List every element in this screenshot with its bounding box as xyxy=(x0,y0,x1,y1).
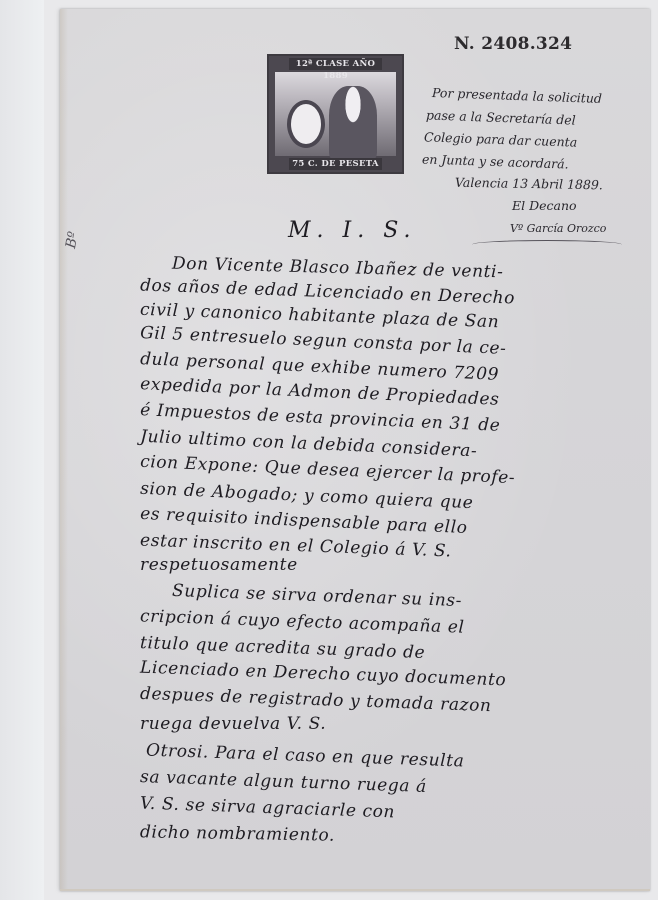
side-note-signature: Vº García Orozco xyxy=(510,222,606,235)
stamp-bottom-text: 75 C. DE PESETA xyxy=(289,158,382,170)
margin-mark: Bº xyxy=(63,230,82,249)
serial-number: N. 2408.324 xyxy=(454,34,572,54)
salutation: M. I. S. xyxy=(288,218,416,243)
stamp-oval-cartouche xyxy=(287,100,325,148)
body-line: dicho nombramiento. xyxy=(140,822,335,845)
body-line: respetuosamente xyxy=(140,555,298,575)
signature-flourish xyxy=(472,240,622,249)
paper-edge-stain xyxy=(60,9,68,889)
side-note-date: Valencia 13 Abril 1889. xyxy=(455,175,603,193)
stamp-top-text: 12ª CLASE AÑO 1889 xyxy=(289,58,382,70)
allegorical-figure-stamp-icon xyxy=(275,72,396,156)
side-note-signer-title: El Decano xyxy=(512,198,577,213)
background-surface xyxy=(0,0,44,900)
revenue-stamp: 12ª CLASE AÑO 1889 75 C. DE PESETA xyxy=(267,54,404,174)
seated-figure-icon xyxy=(329,86,377,160)
body-line: ruega devuelva V. S. xyxy=(140,714,326,734)
